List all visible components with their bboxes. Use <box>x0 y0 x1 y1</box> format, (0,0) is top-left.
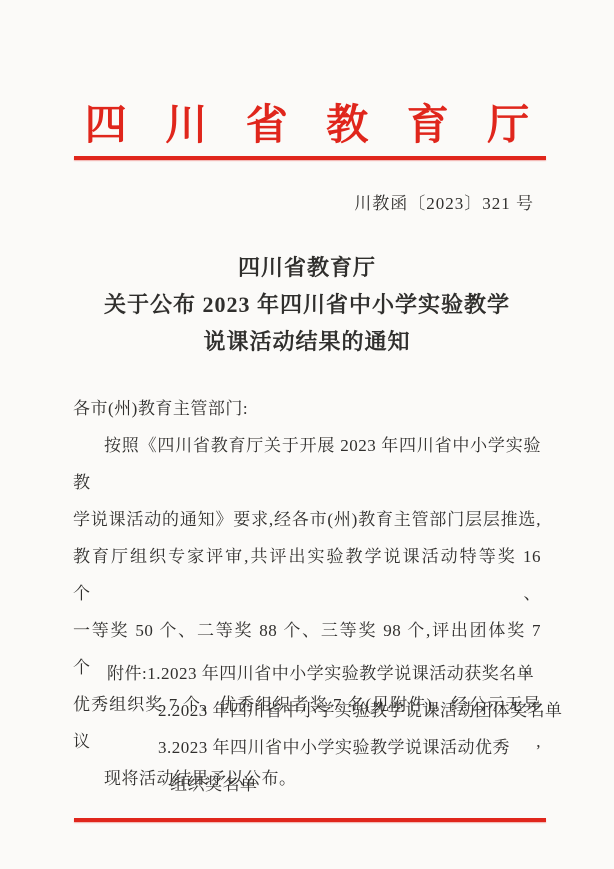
agency-letterhead-title: 四 川 省 教 育 厅 <box>0 92 614 152</box>
document-title: 四川省教育厅 关于公布 2023 年四川省中小学实验教学 说课活动结果的通知 <box>0 249 614 360</box>
body-line: 按照《四川省教育厅关于开展 2023 年四川省中小学实验教 <box>73 427 541 501</box>
document-reference-number: 川教函〔2023〕321 号 <box>354 189 534 214</box>
attachment-line: 3.2023 年四川省中小学实验教学说课活动优秀 <box>158 729 563 766</box>
body-line: 教育厅组织专家评审,共评出实验教学说课活动特等奖 16 个、 <box>73 538 541 612</box>
document-title-line-3: 说课活动结果的通知 <box>0 323 614 360</box>
attachment-label-line: 附件:1.2023 年四川省中小学实验教学说课活动获奖名单 <box>107 655 563 692</box>
attachments-list: 附件:1.2023 年四川省中小学实验教学说课活动获奖名单 2.2023 年四川… <box>73 655 563 803</box>
document-title-line-1: 四川省教育厅 <box>0 249 614 286</box>
salutation-line: 各市(州)教育主管部门: <box>73 390 541 427</box>
body-line: 学说课活动的通知》要求,经各市(州)教育主管部门层层推选, <box>73 501 541 538</box>
footer-divider-rule <box>74 818 546 822</box>
letterhead-divider-rule <box>74 156 546 160</box>
scanned-official-document: 四 川 省 教 育 厅 川教函〔2023〕321 号 四川省教育厅 关于公布 2… <box>0 0 614 869</box>
attachment-continuation-line: 组织奖名单 <box>170 766 563 803</box>
attachment-line: 2.2023 年四川省中小学实验教学说课活动团体奖名单 <box>158 692 563 729</box>
document-title-line-2: 关于公布 2023 年四川省中小学实验教学 <box>0 286 614 323</box>
